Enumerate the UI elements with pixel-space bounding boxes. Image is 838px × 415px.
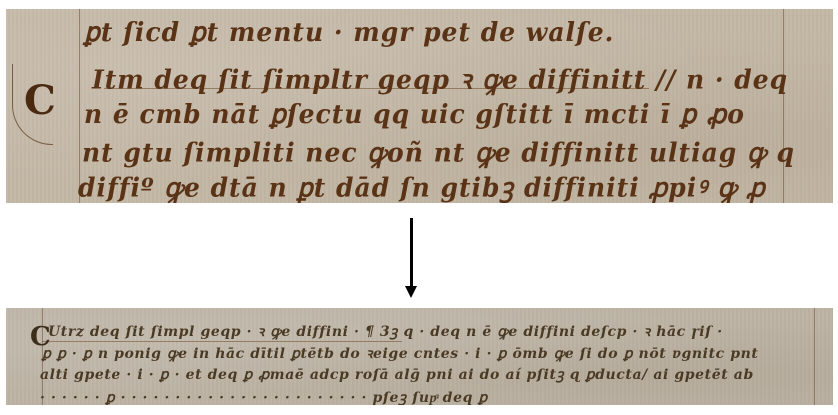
manuscript-excerpt-top: C ꝑt ſicd ꝑt mentu · mgr pet de walſe. I… xyxy=(6,9,833,203)
arrow-shaft xyxy=(410,218,413,288)
text-line: alti gpete · i · ꝑ · et deq ꝑ ꝓmaē adcp … xyxy=(40,365,754,384)
text-line: nt gtu ſimpliti nec ꝙoñ nt ꝙe diffinitt … xyxy=(82,134,795,170)
text-line: ꝑt ſicd ꝑt mentu · mgr pet de walſe. xyxy=(84,17,614,47)
text-line: ꝑ ꝑ · ꝑ n ponig ꝙe in hāc dītil ꝑtētb do… xyxy=(42,344,758,363)
text-line: Utrz deq ſit ſimpl geqp · ꝛ ꝙe diffini ·… xyxy=(48,322,723,341)
text-line: Itm deq ſit ſimpltr geqp ꝛ ꝙe diffinitt … xyxy=(92,61,788,97)
text-line: · · · · · · ꝑ · · · · · · · · · · · · · … xyxy=(40,388,488,405)
margin-ruling-right xyxy=(783,9,784,203)
text-line: diffiº ꝙe dtā n ꝑt dād ſn gtibꝫ diffinit… xyxy=(78,169,766,203)
manuscript-excerpt-bottom: C Utrz deq ſit ſimpl geqp · ꝛ ꝙe diffini… xyxy=(6,308,833,405)
margin-ruling-right xyxy=(814,308,815,405)
underline-rule xyxy=(42,341,402,342)
initial-letter: C xyxy=(24,77,56,124)
text-line: n ē cmb nāt ꝑſectu qq uic gſtitt ī mcti … xyxy=(84,99,745,129)
arrow-down-icon xyxy=(405,286,417,298)
